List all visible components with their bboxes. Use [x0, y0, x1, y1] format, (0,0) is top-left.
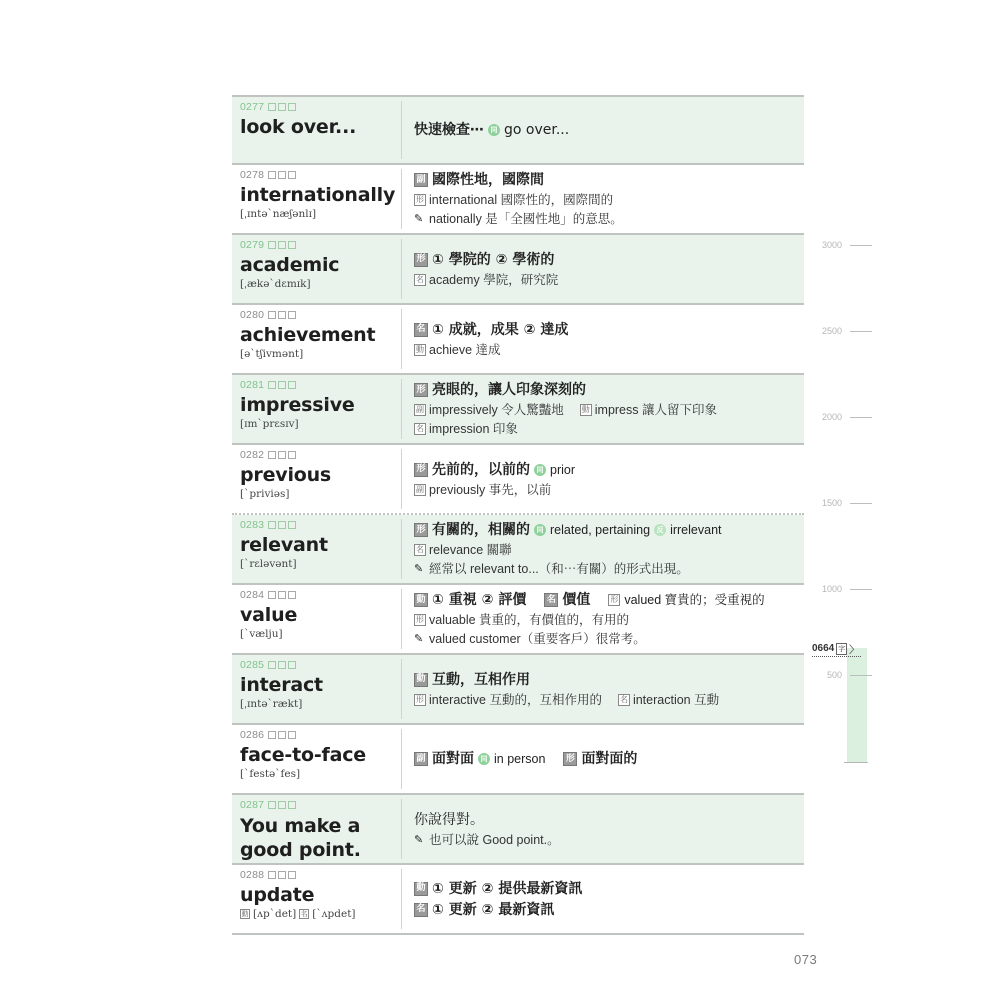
phonetic: [ˌɪntəˋnæʃənlɪ]	[240, 208, 402, 220]
note: nationally 是「全國性地」的意思。	[429, 211, 623, 227]
definition: ① 學院的 ② 學術的	[432, 251, 554, 269]
definition: 價值	[562, 591, 590, 609]
headword: relevant	[240, 534, 402, 556]
phonetic-noun: [ˋʌpdet]	[312, 908, 355, 920]
checkbox[interactable]	[268, 591, 276, 599]
pos-adjective-icon: 形	[608, 594, 620, 606]
definition: 亮眼的，讓人印象深刻的	[432, 381, 586, 399]
phonetic: [əˋtʃivmənt]	[240, 348, 402, 360]
pencil-note-icon: ✎	[414, 211, 426, 227]
entry-number: 0280	[240, 309, 264, 321]
review-checkboxes	[268, 871, 296, 879]
checkbox[interactable]	[288, 171, 296, 179]
review-checkboxes	[268, 731, 296, 739]
marker-value: 0664	[812, 643, 834, 654]
synonym-text: go over...	[504, 121, 569, 139]
entry-0287: 0287 You make a good point. 你說得對。 ✎也可以說 …	[232, 795, 804, 865]
pos-verb-icon: 動	[240, 909, 250, 919]
headword: look over...	[240, 116, 402, 138]
checkbox[interactable]	[288, 451, 296, 459]
checkbox[interactable]	[278, 871, 286, 879]
phonetic: [ˋfestəˋfes]	[240, 768, 402, 780]
note: 也可以說 Good point.。	[429, 832, 560, 848]
pos-noun-icon: 名	[618, 694, 630, 706]
review-checkboxes	[268, 661, 296, 669]
checkbox[interactable]	[288, 871, 296, 879]
derivative: valuable 貴重的，有價值的，有用的	[429, 612, 629, 628]
derivative: interactive 互動的，互相作用的	[429, 692, 602, 708]
checkbox[interactable]	[278, 451, 286, 459]
checkbox[interactable]	[268, 381, 276, 389]
entry-0286: 0286 face-to-face [ˋfestəˋfes] 副面對面同in p…	[232, 725, 804, 795]
entry-number: 0283	[240, 519, 264, 531]
checkbox[interactable]	[278, 801, 286, 809]
checkbox[interactable]	[278, 381, 286, 389]
checkbox[interactable]	[278, 171, 286, 179]
derivative: valued 寶貴的；受重視的	[624, 591, 764, 609]
entry-number: 0284	[240, 589, 264, 601]
review-checkboxes	[268, 241, 296, 249]
page-number: 073	[794, 952, 817, 967]
definition: 國際性地，國際間	[432, 171, 544, 189]
checkbox[interactable]	[268, 801, 276, 809]
pos-adjective-icon: 形	[414, 253, 428, 267]
checkbox[interactable]	[268, 731, 276, 739]
headword: academic	[240, 254, 402, 276]
checkbox[interactable]	[288, 521, 296, 529]
checkbox[interactable]	[278, 311, 286, 319]
pos-adverb-icon: 副	[414, 484, 426, 496]
pos-verb-icon: 動	[414, 673, 428, 687]
derivative: international 國際性的，國際間的	[429, 192, 613, 208]
phonetic: [ˌɪntəˋrækt]	[240, 698, 402, 710]
synonym-icon: 同	[534, 464, 546, 476]
entry-0288: 0288 update 動[ʌpˋdet] 名[ˋʌpdet] 動① 更新 ② …	[232, 865, 804, 935]
definition: 面對面的	[581, 750, 637, 768]
headword: impressive	[240, 394, 402, 416]
pos-noun-icon: 名	[414, 323, 428, 337]
checkbox[interactable]	[278, 103, 286, 111]
entry-0281: 0281 impressive [ɪmˋprɛsɪv] 形亮眼的，讓人印象深刻的…	[232, 375, 804, 445]
synonym-text: related, pertaining	[550, 521, 650, 539]
checkbox[interactable]	[268, 311, 276, 319]
entry-number: 0278	[240, 169, 264, 181]
entry-number: 0281	[240, 379, 264, 391]
checkbox[interactable]	[288, 311, 296, 319]
headword: previous	[240, 464, 402, 486]
derivative: academy 學院，研究院	[429, 272, 558, 288]
pos-noun-icon: 名	[414, 423, 426, 435]
gauge-tick: 500	[820, 670, 872, 680]
definition: 有關的，相關的	[432, 521, 530, 539]
headword: internationally	[240, 184, 402, 206]
progress-marker: 0664字〉	[812, 641, 861, 657]
pos-noun-icon: 名	[414, 544, 426, 556]
definition: 你說得對。	[414, 811, 484, 829]
antonym-text: irrelevant	[670, 521, 721, 539]
pos-verb-icon: 動	[414, 593, 428, 607]
definition: 面對面	[432, 750, 474, 768]
review-checkboxes	[268, 521, 296, 529]
review-checkboxes	[268, 311, 296, 319]
entry-number: 0282	[240, 449, 264, 461]
note: 經常以 relevant to...（和⋯有關）的形式出現。	[429, 561, 689, 577]
pos-adjective-icon: 形	[414, 614, 426, 626]
pos-noun-icon: 名	[414, 903, 428, 917]
checkbox[interactable]	[288, 591, 296, 599]
pos-adjective-icon: 形	[414, 194, 426, 206]
checkbox[interactable]	[288, 381, 296, 389]
pencil-note-icon: ✎	[414, 561, 426, 577]
pos-adjective-icon: 形	[414, 694, 426, 706]
review-checkboxes	[268, 591, 296, 599]
synonym-icon: 同	[534, 524, 546, 536]
entry-number: 0288	[240, 869, 264, 881]
phonetic: [ɪmˋprɛsɪv]	[240, 418, 402, 430]
review-checkboxes	[268, 103, 296, 111]
entry-number: 0279	[240, 239, 264, 251]
progress-fill	[847, 648, 867, 762]
checkbox[interactable]	[268, 521, 276, 529]
phonetic-group: 動[ʌpˋdet] 名[ˋʌpdet]	[240, 908, 402, 920]
headword: interact	[240, 674, 402, 696]
review-checkboxes	[268, 171, 296, 179]
pos-verb-icon: 動	[414, 882, 428, 896]
review-checkboxes	[268, 801, 296, 809]
definition: 先前的，以前的	[432, 461, 530, 479]
headword: value	[240, 604, 402, 626]
definition: ① 更新 ② 最新資訊	[432, 901, 554, 919]
checkbox[interactable]	[278, 241, 286, 249]
note: valued customer（重要客戶）很常考。	[429, 631, 646, 647]
pos-adverb-icon: 副	[414, 404, 426, 416]
checkbox[interactable]	[288, 241, 296, 249]
headword: face-to-face	[240, 744, 402, 766]
gauge-tick: 1000	[820, 584, 872, 594]
entry-0284: 0284 value [ˋvælju] 動① 重視 ② 評價名價值形valued…	[232, 585, 804, 655]
pos-noun-icon: 名	[299, 909, 309, 919]
checkbox[interactable]	[268, 871, 276, 879]
vocabulary-table: 0277 look over... 快速檢查⋯同go over... 0278 …	[232, 95, 804, 935]
gauge-tick: 2500	[820, 326, 872, 336]
pos-verb-icon: 動	[580, 404, 592, 416]
derivative: interaction 互動	[633, 692, 719, 708]
synonym-icon: 同	[488, 124, 500, 136]
checkbox[interactable]	[268, 661, 276, 669]
checkbox[interactable]	[268, 451, 276, 459]
derivative: impression 印象	[429, 421, 518, 437]
entry-0277: 0277 look over... 快速檢查⋯同go over...	[232, 95, 804, 165]
derivative: achieve 達成	[429, 342, 501, 358]
checkbox[interactable]	[278, 661, 286, 669]
entry-0279: 0279 academic [ˌækəˋdɛmɪk] 形① 學院的 ② 學術的 …	[232, 235, 804, 305]
pos-verb-icon: 動	[414, 344, 426, 356]
derivative: relevance 關聯	[429, 542, 512, 558]
entry-number: 0285	[240, 659, 264, 671]
entry-number: 0277	[240, 101, 264, 113]
derivative: impressively 令人驚豔地	[429, 402, 564, 418]
entry-number: 0287	[240, 799, 264, 811]
review-checkboxes	[268, 451, 296, 459]
pos-noun-icon: 名	[414, 274, 426, 286]
antonym-icon: 反	[654, 524, 666, 536]
synonym-text: prior	[550, 461, 575, 479]
headword: achievement	[240, 324, 402, 346]
headword: You make a good point.	[240, 814, 402, 862]
progress-gauge: 3000 2500 2000 1500 1000 500 0664字〉	[812, 230, 882, 770]
definition: ① 重視 ② 評價	[432, 591, 526, 609]
phonetic: [ˌækəˋdɛmɪk]	[240, 278, 402, 290]
derivative: impress 讓人留下印象	[595, 402, 717, 418]
pos-adjective-icon: 形	[414, 463, 428, 477]
pos-adjective-icon: 形	[414, 383, 428, 397]
checkbox[interactable]	[288, 661, 296, 669]
entry-0282: 0282 previous [ˋpriviəs] 形先前的，以前的同prior …	[232, 445, 804, 515]
review-checkboxes	[268, 381, 296, 389]
headword: update	[240, 884, 402, 906]
definition: ① 更新 ② 提供最新資訊	[432, 880, 582, 898]
pos-adverb-icon: 副	[414, 173, 428, 187]
pos-adjective-icon: 形	[563, 752, 577, 766]
definition: ① 成就，成果 ② 達成	[432, 321, 568, 339]
pencil-note-icon: ✎	[414, 631, 426, 647]
phonetic: [ˋrɛləvənt]	[240, 558, 402, 570]
checkbox[interactable]	[268, 103, 276, 111]
derivative: previously 事先，以前	[429, 482, 551, 498]
gauge-tick: 2000	[820, 412, 872, 422]
checkbox[interactable]	[278, 521, 286, 529]
phonetic: [ˋpriviəs]	[240, 488, 402, 500]
pencil-note-icon: ✎	[414, 832, 426, 848]
marker-unit: 字	[836, 643, 847, 655]
checkbox[interactable]	[288, 801, 296, 809]
checkbox[interactable]	[278, 731, 286, 739]
entry-0283: 0283 relevant [ˋrɛləvənt] 形有關的，相關的同relat…	[232, 515, 804, 585]
entry-0285: 0285 interact [ˌɪntəˋrækt] 動互動，互相作用 形int…	[232, 655, 804, 725]
checkbox[interactable]	[288, 731, 296, 739]
pos-adjective-icon: 形	[414, 523, 428, 537]
entry-number: 0286	[240, 729, 264, 741]
definition: 互動，互相作用	[432, 671, 530, 689]
synonym-text: in person	[494, 750, 545, 768]
phonetic-verb: [ʌpˋdet]	[253, 908, 296, 920]
arrow-right-icon: 〉	[849, 641, 859, 656]
gauge-tick: 1500	[820, 498, 872, 508]
checkbox[interactable]	[288, 103, 296, 111]
pos-adverb-icon: 副	[414, 752, 428, 766]
pos-noun-icon: 名	[544, 593, 558, 607]
definition: 快速檢查⋯	[414, 121, 484, 139]
synonym-icon: 同	[478, 753, 490, 765]
checkbox[interactable]	[268, 241, 276, 249]
checkbox[interactable]	[278, 591, 286, 599]
checkbox[interactable]	[268, 171, 276, 179]
gauge-tick: 3000	[820, 240, 872, 250]
entry-0280: 0280 achievement [əˋtʃivmənt] 名① 成就，成果 ②…	[232, 305, 804, 375]
phonetic: [ˋvælju]	[240, 628, 402, 640]
entry-0278: 0278 internationally [ˌɪntəˋnæʃənlɪ] 副國際…	[232, 165, 804, 235]
